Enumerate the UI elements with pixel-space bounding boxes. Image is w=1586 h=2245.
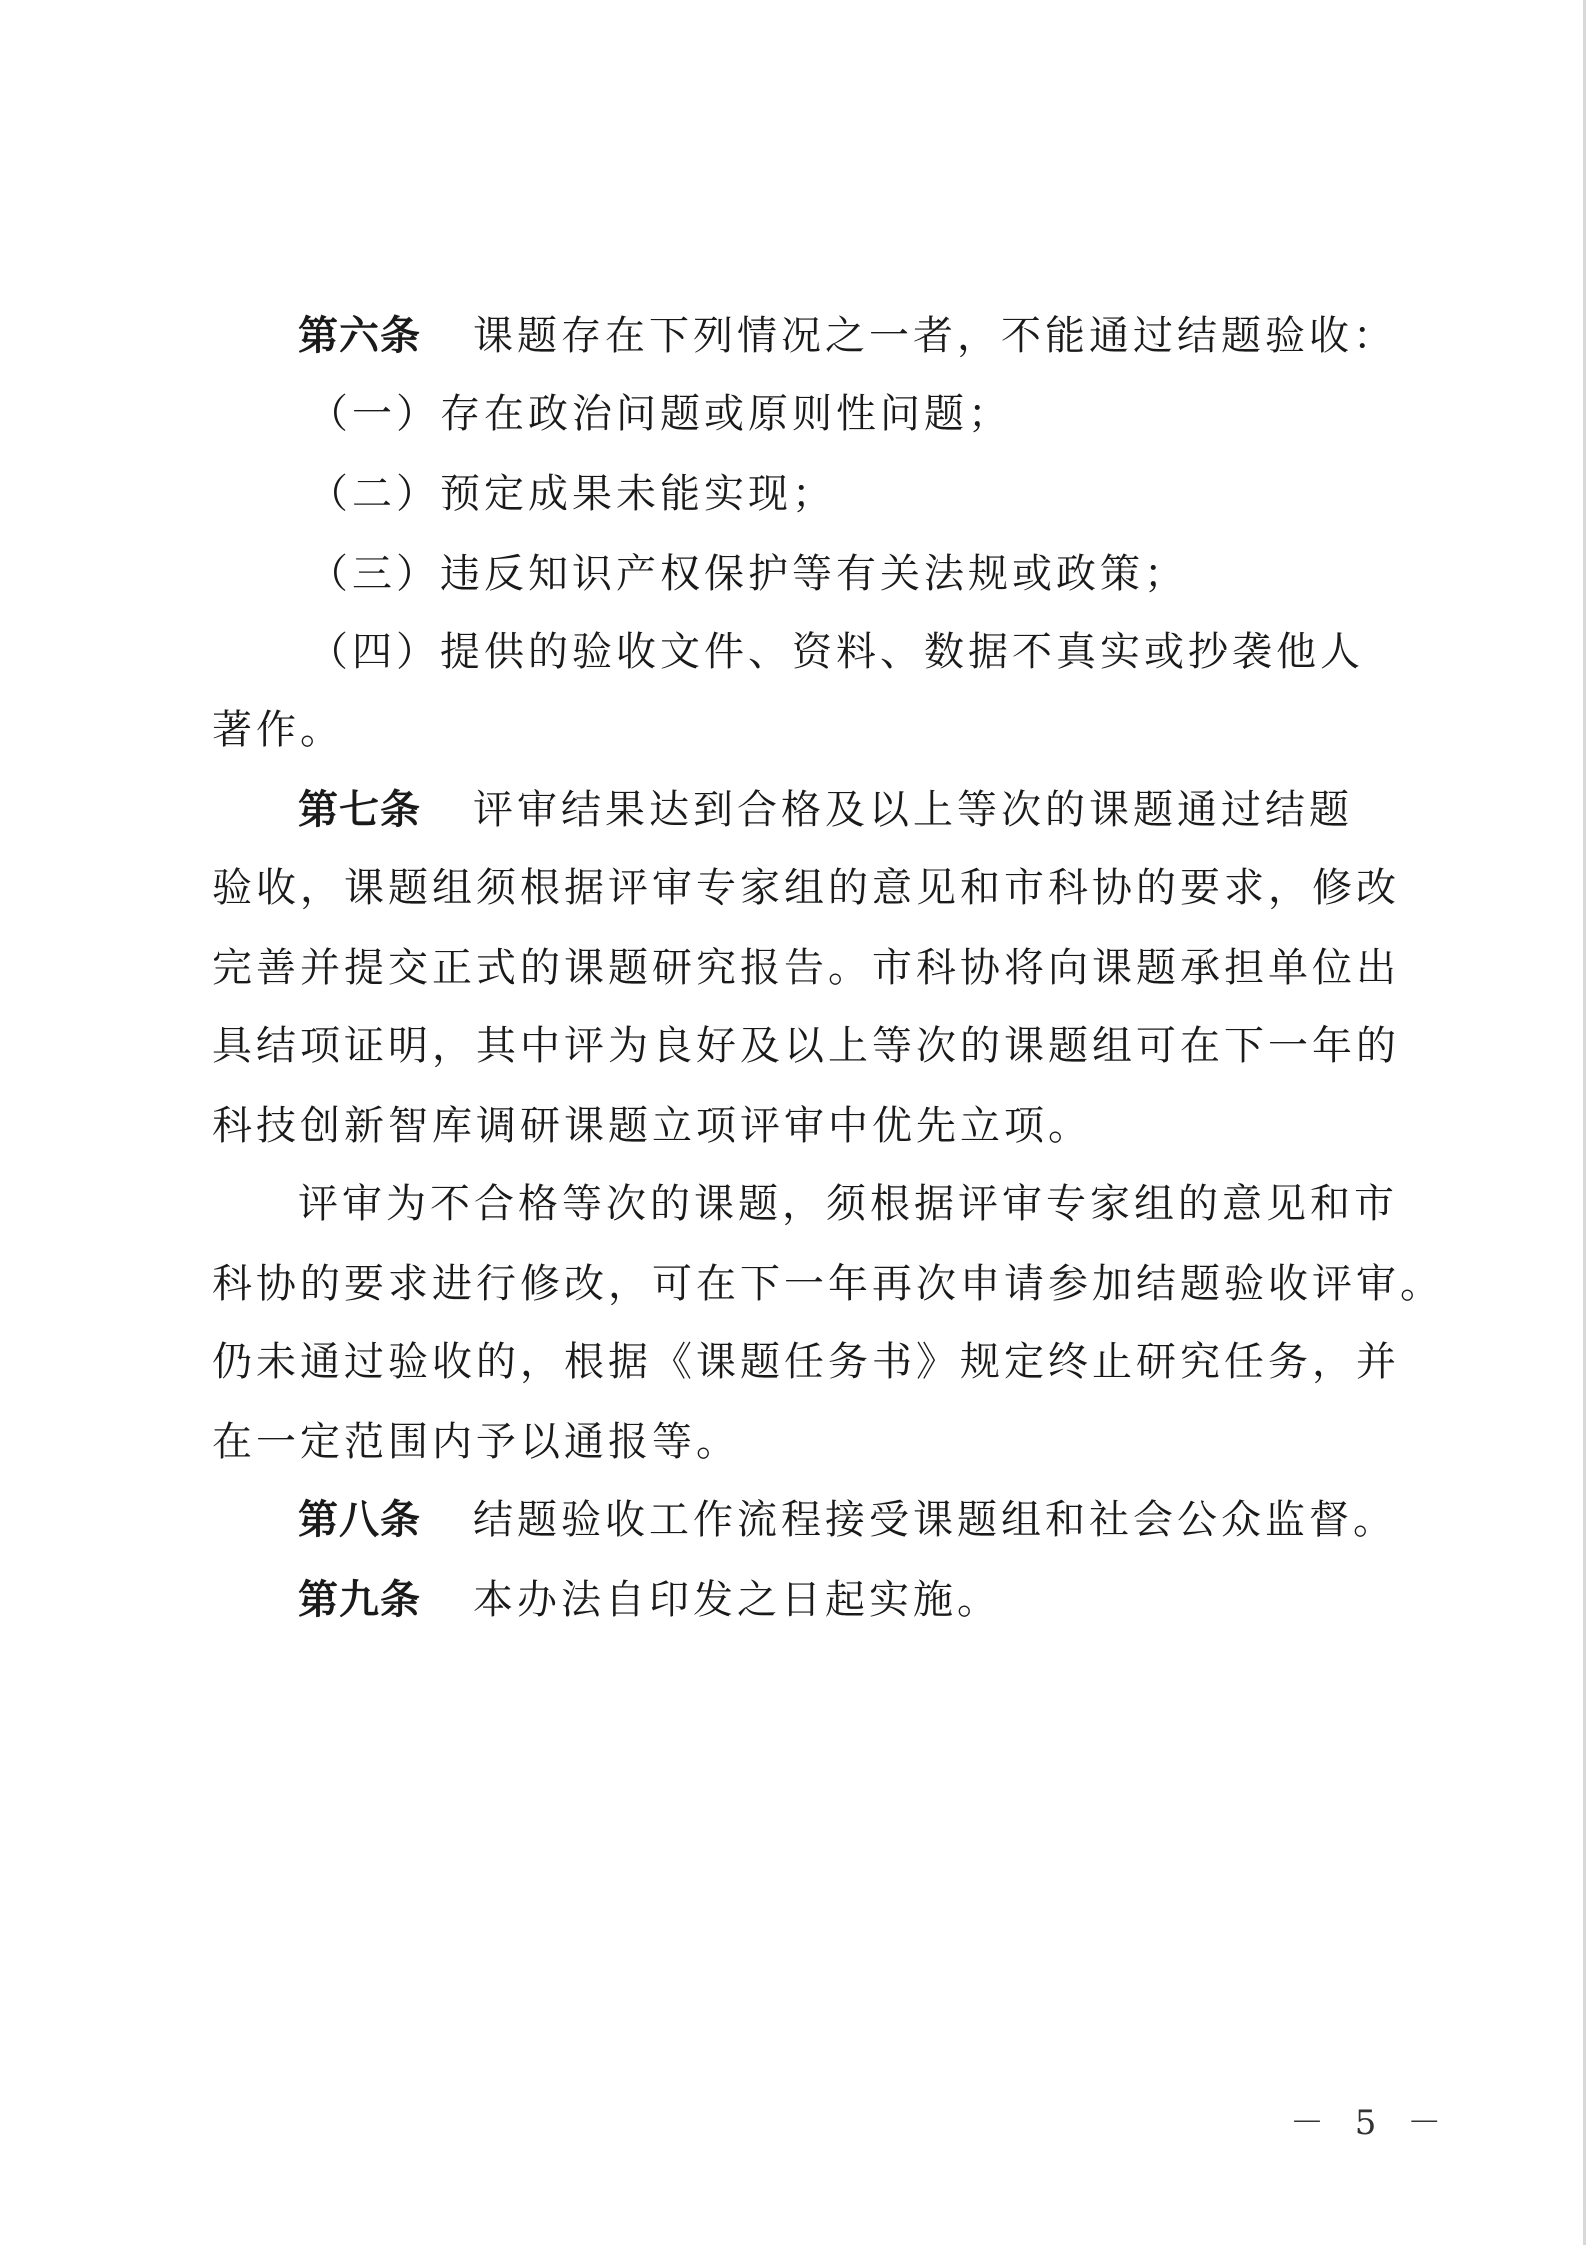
article-7-label: 第七条 [298,786,421,833]
article-6-item-4-cont: 著作。 [212,706,344,754]
article-6-label: 第六条 [298,312,421,359]
article-6-item-3: （三）违反知识产权保护等有关法规或政策； [308,550,1188,598]
article-7-line-1: 评审结果达到合格及以上等次的课题通过结题 [473,787,1353,833]
article-7-line-3: 完善并提交正式的课题研究报告。市科协将向课题承担单位出 [212,944,1400,992]
article-7-line-5: 科技创新智库调研课题立项评审中优先立项。 [212,1102,1092,1150]
article-6-item-2: （二）预定成果未能实现； [308,470,836,518]
article-7-para2-line-1: 评审为不合格等次的课题，须根据评审专家组的意见和市 [298,1180,1398,1228]
article-6: 第六条课题存在下列情况之一者，不能通过结题验收： [298,312,1397,360]
article-7-line-4: 具结项证明，其中评为良好及以上等次的课题组可在下一年的 [212,1022,1400,1070]
article-7-para2-line-4: 在一定范围内予以通报等。 [212,1418,740,1466]
document-page: 第六条课题存在下列情况之一者，不能通过结题验收： （一）存在政治问题或原则性问题… [0,0,1586,2245]
article-8-label: 第八条 [298,1496,421,1543]
article-6-intro: 课题存在下列情况之一者，不能通过结题验收： [473,313,1397,359]
article-6-item-4: （四）提供的验收文件、资料、数据不真实或抄袭他人 [308,628,1364,676]
article-6-item-1: （一）存在政治问题或原则性问题； [308,390,1012,438]
article-7-para2-line-2: 科协的要求进行修改，可在下一年再次申请参加结题验收评审。 [212,1260,1444,1308]
article-7-line-2: 验收，课题组须根据评审专家组的意见和市科协的要求，修改 [212,864,1400,912]
page-number: － 5 － [1290,2095,1451,2144]
article-7: 第七条评审结果达到合格及以上等次的课题通过结题 [298,786,1353,834]
article-9-label: 第九条 [298,1576,421,1623]
article-9: 第九条本办法自印发之日起实施。 [298,1576,1001,1624]
article-8: 第八条结题验收工作流程接受课题组和社会公众监督。 [298,1496,1397,1544]
article-8-text: 结题验收工作流程接受课题组和社会公众监督。 [473,1497,1397,1543]
article-9-text: 本办法自印发之日起实施。 [473,1577,1001,1623]
article-7-para2-line-3: 仍未通过验收的，根据《课题任务书》规定终止研究任务，并 [212,1338,1400,1386]
